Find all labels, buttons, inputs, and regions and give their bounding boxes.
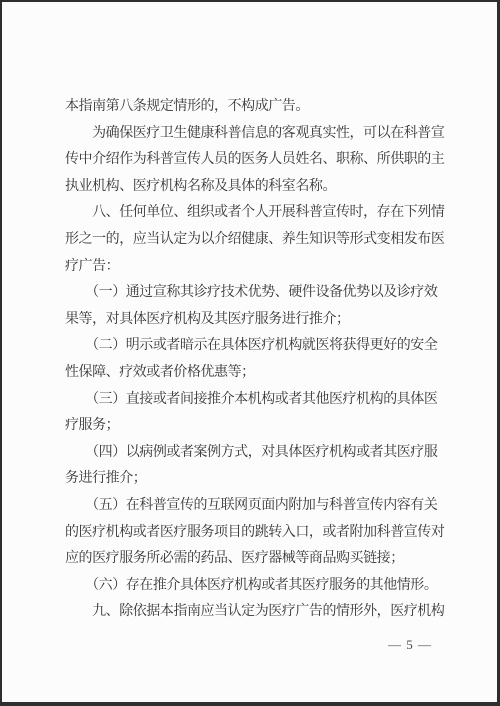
text-line: 性保障、疗效或者价格优惠等； [65,360,449,387]
text-line: （五）在科普宣传的互联网页面内附加与科普宣传内容有关 [65,493,449,520]
text-line: 果等，对具体医疗机构及其医疗服务进行推介； [65,307,449,334]
page-number: — 5 — [388,638,432,652]
text-line: （四）以病例或者案例方式，对具体医疗机构或者其医疗服 [65,440,449,467]
text-line: 为确保医疗卫生健康科普信息的客观真实性，可以在科普宣 [65,121,449,148]
text-line: 疗广告： [65,254,449,281]
text-line: 本指南第八条规定情形的，不构成广告。 [65,94,449,121]
text-line: 九、除依据本指南应当认定为医疗广告的情形外，医疗机构 [65,599,449,626]
text-line: （一）通过宣称其诊疗技术优势、硬件设备优势以及诊疗效 [65,280,449,307]
text-line: 的医疗机构或者医疗服务项目的跳转入口，或者附加科普宣传对 [65,520,449,547]
document-text-block: 本指南第八条规定情形的，不构成广告。 为确保医疗卫生健康科普信息的客观真实性，可… [65,94,449,626]
text-line: 传中介绍作为科普宣传人员的医务人员姓名、职称、所供职的主 [65,147,449,174]
text-line: 八、任何单位、组织或者个人开展科普宣传时，存在下列情 [65,200,449,227]
text-line: （二）明示或者暗示在具体医疗机构就医将获得更好的安全 [65,333,449,360]
text-line: 执业机构、医疗机构名称及具体的科室名称。 [65,174,449,201]
text-line: 应的医疗服务所必需的药品、医疗器械等商品购买链接； [65,546,449,573]
text-line: （三）直接或者间接推介本机构或者其他医疗机构的具体医 [65,387,449,414]
text-line: 疗服务； [65,413,449,440]
text-line: （六）存在推介具体医疗机构或者其医疗服务的其他情形。 [65,573,449,600]
text-line: 形之一的，应当认定为以介绍健康、养生知识等形式变相发布医 [65,227,449,254]
scanned-page: 本指南第八条规定情形的，不构成广告。 为确保医疗卫生健康科普信息的客观真实性，可… [0,0,500,706]
text-line: 务进行推介； [65,466,449,493]
